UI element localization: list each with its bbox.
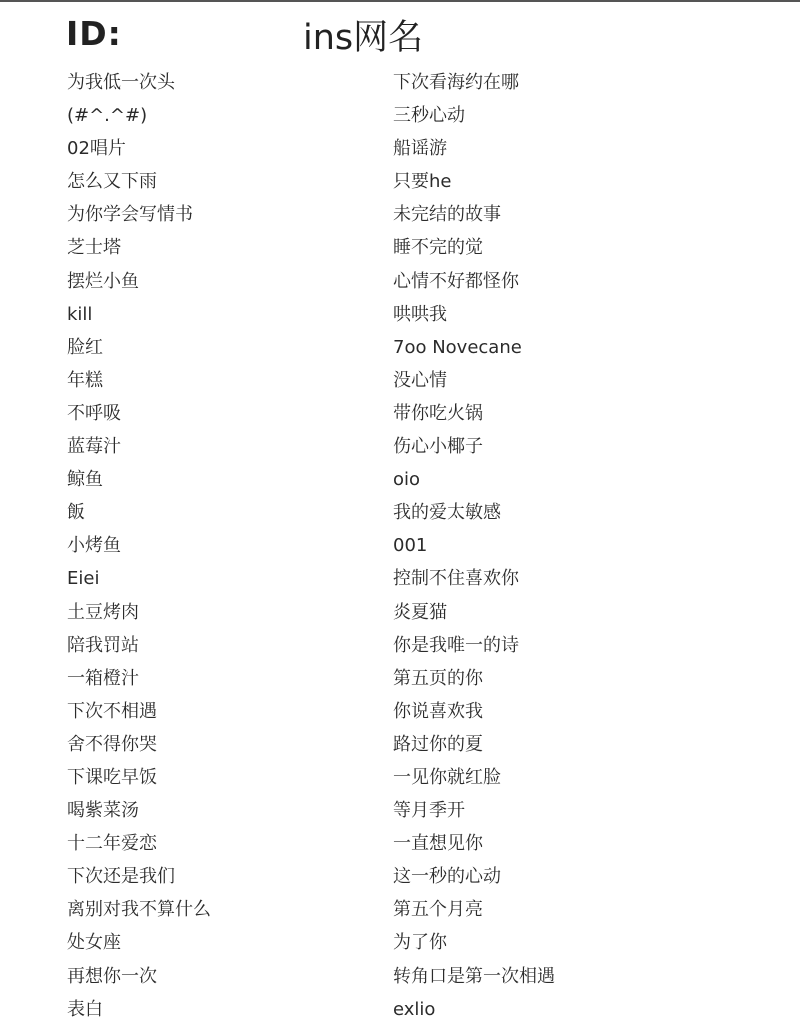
list-item: 001 — [393, 529, 555, 562]
list-item: 第五页的你 — [393, 662, 555, 695]
list-item: 下次还是我们 — [67, 860, 211, 893]
list-item: Eiei — [67, 562, 211, 595]
list-item: 你说喜欢我 — [393, 695, 555, 728]
list-item: 炎夏猫 — [393, 596, 555, 629]
list-item: 我的爱太敏感 — [393, 496, 555, 529]
list-item: 带你吃火锅 — [393, 397, 555, 430]
list-item: 处女座 — [67, 926, 211, 959]
list-item: 陪我罚站 — [67, 629, 211, 662]
list-item: kill — [67, 298, 211, 331]
list-item: 三秒心动 — [393, 99, 555, 132]
list-item: 路过你的夏 — [393, 728, 555, 761]
list-item: 一箱橙汁 — [67, 662, 211, 695]
list-item: 怎么又下雨 — [67, 165, 211, 198]
list-item: 这一秒的心动 — [393, 860, 555, 893]
list-item: 船谣游 — [393, 132, 555, 165]
list-item: 只要he — [393, 165, 555, 198]
list-item: 下次不相遇 — [67, 695, 211, 728]
list-item: 小烤鱼 — [67, 529, 211, 562]
list-item: 睡不完的觉 — [393, 231, 555, 264]
list-item: 未完结的故事 — [393, 198, 555, 231]
right-name-list: 下次看海约在哪 三秒心动 船谣游 只要he 未完结的故事 睡不完的觉 心情不好都… — [393, 66, 555, 1026]
list-item: 哄哄我 — [393, 298, 555, 331]
list-item: 脸红 — [67, 331, 211, 364]
list-item: 土豆烤肉 — [67, 596, 211, 629]
list-item: 再想你一次 — [67, 960, 211, 993]
list-item: 一见你就红脸 — [393, 761, 555, 794]
list-item: 02唱片 — [67, 132, 211, 165]
list-item: 等月季开 — [393, 794, 555, 827]
list-item: 你是我唯一的诗 — [393, 629, 555, 662]
list-item: 为了你 — [393, 926, 555, 959]
list-item: (#^.^#) — [67, 99, 211, 132]
list-item: 喝紫菜汤 — [67, 794, 211, 827]
list-item: 鲸鱼 — [67, 463, 211, 496]
ins-name-column-heading: ins网名 — [303, 10, 423, 60]
left-name-list: 为我低一次头 (#^.^#) 02唱片 怎么又下雨 为你学会写情书 芝士塔 摆烂… — [67, 66, 211, 1026]
list-item: 第五个月亮 — [393, 893, 555, 926]
list-item: 芝士塔 — [67, 231, 211, 264]
list-item: 年糕 — [67, 364, 211, 397]
list-item: 伤心小椰子 — [393, 430, 555, 463]
list-item: 飯 — [67, 496, 211, 529]
list-item: oio — [393, 463, 555, 496]
list-item: 舍不得你哭 — [67, 728, 211, 761]
list-item: 心情不好都怪你 — [393, 265, 555, 298]
list-item: 不呼吸 — [67, 397, 211, 430]
list-item: 下课吃早饭 — [67, 761, 211, 794]
list-item: 蓝莓汁 — [67, 430, 211, 463]
list-item: 离别对我不算什么 — [67, 893, 211, 926]
list-item: 一直想见你 — [393, 827, 555, 860]
list-item: 7oo Novecane — [393, 331, 555, 364]
list-item: 下次看海约在哪 — [393, 66, 555, 99]
list-item: 控制不住喜欢你 — [393, 562, 555, 595]
list-item: 转角口是第一次相遇 — [393, 960, 555, 993]
list-item: 为你学会写情书 — [67, 198, 211, 231]
list-item: 十二年爱恋 — [67, 827, 211, 860]
id-column-heading: ID: — [66, 14, 122, 53]
top-border — [0, 0, 800, 2]
list-item: 没心情 — [393, 364, 555, 397]
list-item: 表白 — [67, 993, 211, 1026]
list-item: 摆烂小鱼 — [67, 265, 211, 298]
list-item: exlio — [393, 993, 555, 1026]
list-item: 为我低一次头 — [67, 66, 211, 99]
